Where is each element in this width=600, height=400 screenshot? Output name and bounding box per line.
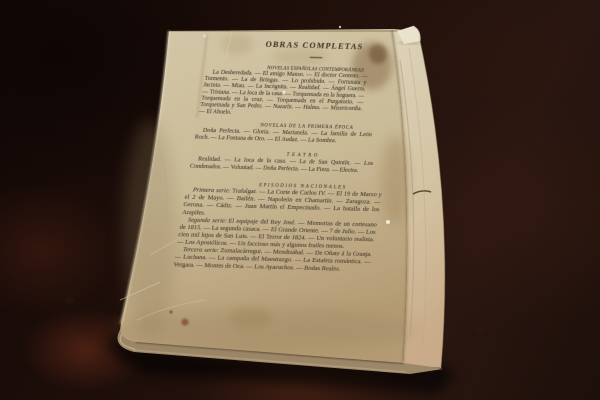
section-body-novelas-contemporaneas: La Desheredada. — El amigo Manso. — El d…: [199, 68, 369, 118]
book-page-text: OBRAS COMPLETAS NOVELAS ESPAÑOLAS CONTEM…: [173, 34, 447, 274]
title-ornament-rule: [309, 57, 322, 59]
page-title: OBRAS COMPLETAS: [234, 40, 395, 53]
photo-of-old-book: OBRAS COMPLETAS NOVELAS ESPAÑOLAS CONTEM…: [0, 0, 600, 400]
